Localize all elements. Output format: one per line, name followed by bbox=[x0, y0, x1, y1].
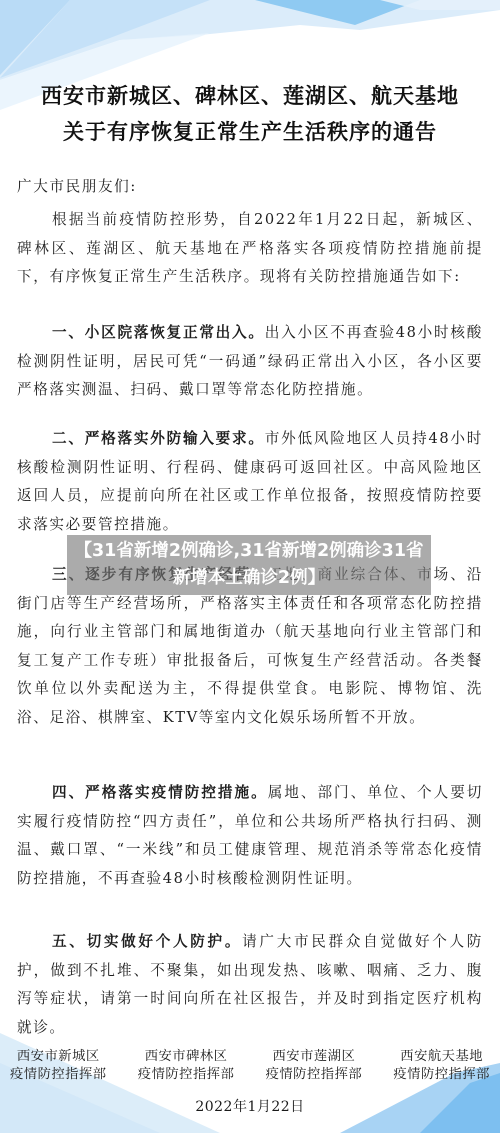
signature-line1: 西安市碑林区 bbox=[138, 1048, 235, 1066]
notice-title-line1: 西安市新城区、碑林区、莲湖区、航天基地 bbox=[0, 80, 500, 110]
signature-lianhu: 西安市莲湖区 疫情防控指挥部 bbox=[266, 1048, 363, 1084]
signature-beilin: 西安市碑林区 疫情防控指挥部 bbox=[138, 1048, 235, 1084]
section-1: 一、小区院落恢复正常出入。出入小区不再查验48小时核酸检测阴性证明，居民可凭“一… bbox=[17, 319, 483, 405]
signature-line2: 疫情防控指挥部 bbox=[266, 1066, 363, 1084]
caption-overlay-text: 【31省新增2例确诊,31省新增2例确诊31省新增本土确诊2例】 bbox=[67, 538, 431, 592]
greeting: 广大市民朋友们: bbox=[17, 173, 483, 202]
section-4-heading: 四、严格落实疫情防控措施。 bbox=[52, 784, 268, 801]
section-2: 二、严格落实外防输入要求。市外低风险地区人员持48小时核酸检测阴性证明、行程码、… bbox=[17, 425, 483, 539]
signature-xincheng: 西安市新城区 疫情防控指挥部 bbox=[10, 1048, 107, 1084]
signature-line1: 西安市新城区 bbox=[10, 1048, 107, 1066]
notice-title-line2: 关于有序恢复正常生产生活秩序的通告 bbox=[0, 116, 500, 146]
caption-overlay: 【31省新增2例确诊,31省新增2例确诊31省新增本土确诊2例】 bbox=[67, 535, 431, 595]
section-2-heading: 二、严格落实外防输入要求。 bbox=[52, 430, 265, 447]
signature-line2: 疫情防控指挥部 bbox=[393, 1066, 490, 1084]
signature-line2: 疫情防控指挥部 bbox=[138, 1066, 235, 1084]
section-5-heading: 五、切实做好个人防护。 bbox=[52, 933, 242, 950]
signature-line1: 西安航天基地 bbox=[393, 1048, 490, 1066]
section-5: 五、切实做好个人防护。请广大市民群众自觉做好个人防护，做到不扎堆、不聚集，如出现… bbox=[17, 928, 483, 1042]
notice-date: 2022年1月22日 bbox=[0, 1096, 500, 1116]
signature-line1: 西安市莲湖区 bbox=[266, 1048, 363, 1066]
intro-paragraph: 根据当前疫情防控形势，自2022年1月22日起，新城区、碑林区、莲湖区、航天基地… bbox=[17, 206, 483, 292]
section-1-heading: 一、小区院落恢复正常出入。 bbox=[52, 324, 265, 341]
signature-line2: 疫情防控指挥部 bbox=[10, 1066, 107, 1084]
signature-block: 西安市新城区 疫情防控指挥部 西安市碑林区 疫情防控指挥部 西安市莲湖区 疫情防… bbox=[10, 1048, 490, 1084]
signature-hangtian: 西安航天基地 疫情防控指挥部 bbox=[393, 1048, 490, 1084]
section-4: 四、严格落实疫情防控措施。属地、部门、单位、个人要切实履行疫情防控“四方责任”，… bbox=[17, 779, 483, 893]
